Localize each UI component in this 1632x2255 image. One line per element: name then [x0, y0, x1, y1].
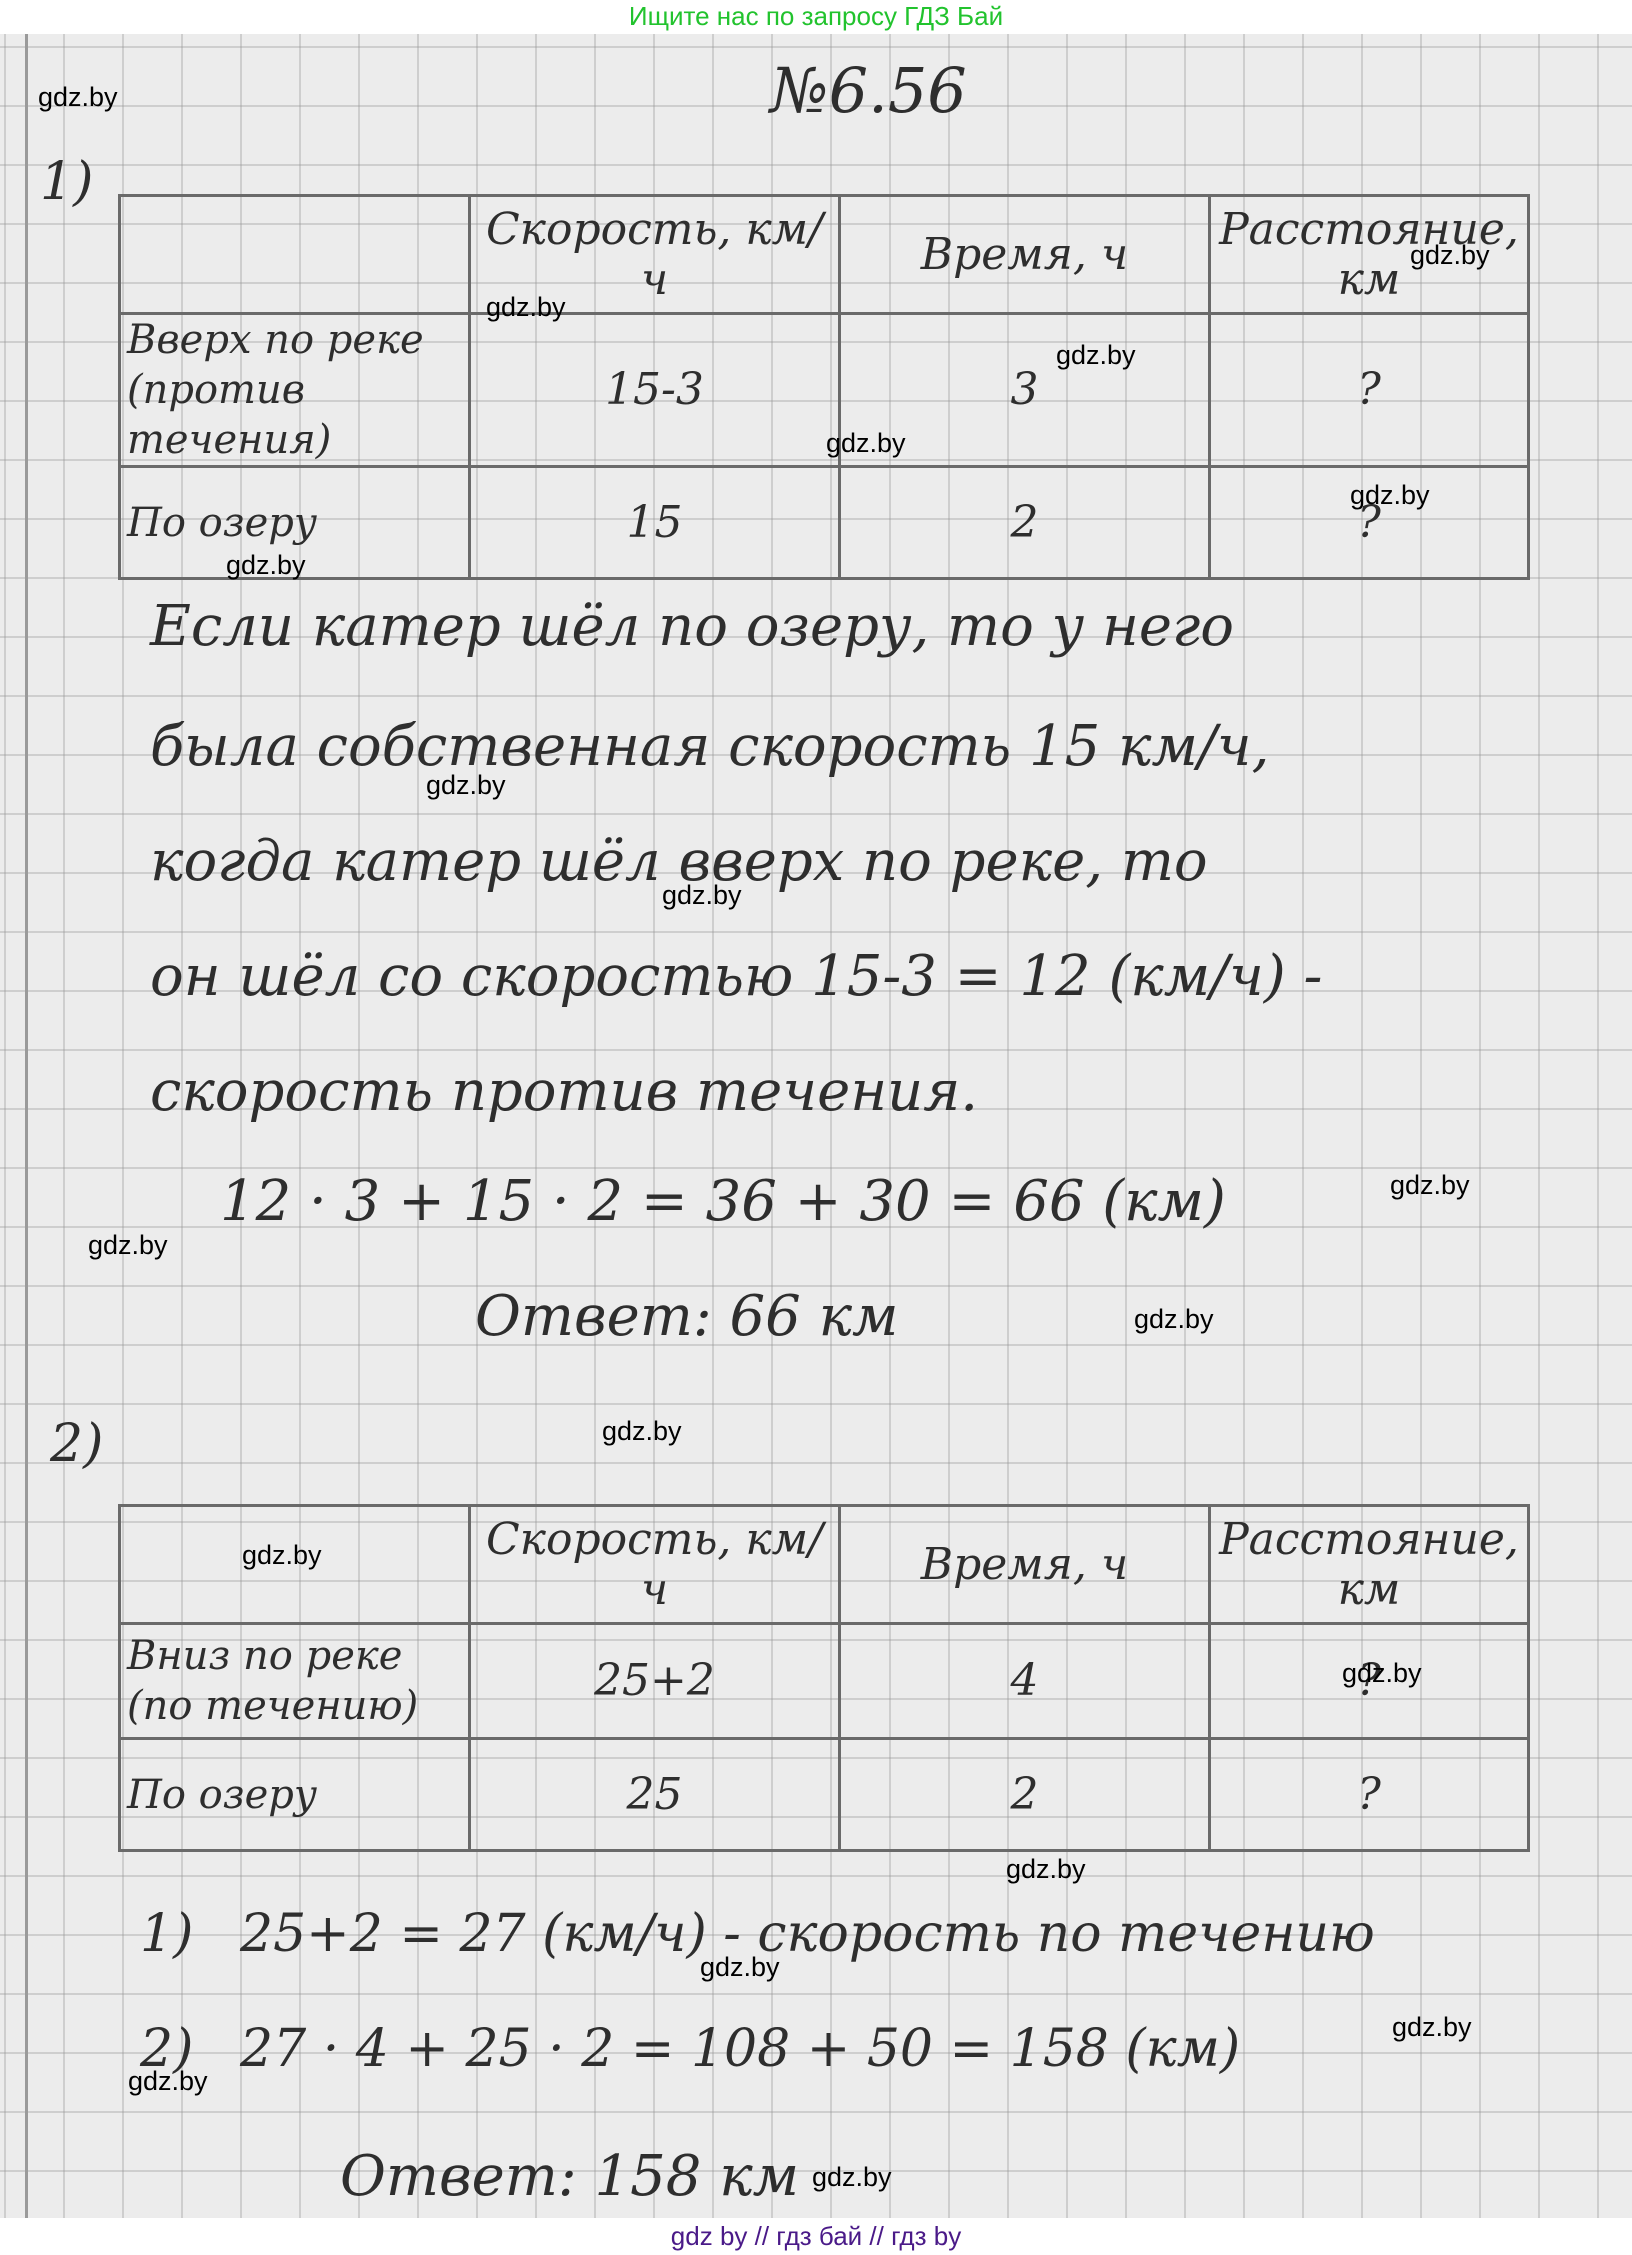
step-text: 25+2 = 27 (км/ч) - скорость по течению	[240, 1904, 1375, 1964]
watermark: gdz.by	[486, 292, 566, 323]
distance-cell: ?	[1210, 314, 1529, 467]
row-label: Вверх по реке (против течения)	[120, 314, 470, 467]
table-header-cell: Время, ч	[840, 196, 1210, 314]
calculation: 12 · 3 + 15 · 2 = 36 + 30 = 66 (км)	[220, 1169, 1226, 1234]
table-header-cell: Скорость, км/ч	[470, 1506, 840, 1624]
watermark: gdz.by	[426, 770, 506, 801]
watermark: gdz.by	[1390, 1170, 1470, 1201]
answer: Ответ: 66 км	[475, 1284, 898, 1349]
problem-number: №6.56	[770, 54, 967, 127]
watermark: gdz.by	[1342, 1658, 1422, 1689]
text-line: скорость против течения.	[150, 1059, 978, 1124]
row-label: По озеру	[120, 1739, 470, 1851]
watermark: gdz.by	[1350, 480, 1430, 511]
watermark: gdz.by	[1410, 240, 1490, 271]
step-text: 27 · 4 + 25 · 2 = 108 + 50 = 158 (км)	[240, 2019, 1240, 2079]
watermark: gdz.by	[38, 82, 118, 113]
notebook-page: №6.56 1) Скорость, км/ч Время, ч Расстоя…	[0, 34, 1632, 2218]
watermark: gdz.by	[242, 1540, 322, 1571]
watermark: gdz.by	[128, 2066, 208, 2097]
speed-cell: 25+2	[470, 1624, 840, 1739]
watermark: gdz.by	[88, 1230, 168, 1261]
table-header-cell: Расстояние, км	[1210, 1506, 1529, 1624]
table-header-cell: Время, ч	[840, 1506, 1210, 1624]
margin-line	[25, 34, 28, 2218]
step-number: 1)	[140, 1904, 193, 1964]
row-label: Вниз по реке (по течению)	[120, 1624, 470, 1739]
watermark: gdz.by	[226, 550, 306, 581]
speed-cell: 15	[470, 467, 840, 579]
time-cell: 2	[840, 467, 1210, 579]
watermark: gdz.by	[1006, 1854, 1086, 1885]
speed-cell: 25	[470, 1739, 840, 1851]
watermark: gdz.by	[826, 428, 906, 459]
distance-cell: ?	[1210, 1739, 1529, 1851]
watermark: gdz.by	[1056, 340, 1136, 371]
watermark: gdz.by	[662, 880, 742, 911]
time-cell: 2	[840, 1739, 1210, 1851]
speed-cell: 15-3	[470, 314, 840, 467]
watermark: gdz.by	[602, 1416, 682, 1447]
table-row: По озеру 15 2 ?	[120, 467, 1529, 579]
text-line: он шёл со скоростью 15-3 = 12 (км/ч) -	[150, 944, 1322, 1009]
text-line: была собственная скорость 15 км/ч,	[150, 714, 1269, 779]
table-header-cell	[120, 196, 470, 314]
table-row: Вниз по реке (по течению) 25+2 4 ?	[120, 1624, 1529, 1739]
part-1-label: 1)	[40, 152, 93, 212]
search-banner: Ищите нас по запросу ГДЗ Бай	[0, 0, 1632, 34]
part-2-table: Скорость, км/ч Время, ч Расстояние, км В…	[118, 1504, 1530, 1852]
part-1-table: Скорость, км/ч Время, ч Расстояние, км В…	[118, 194, 1530, 580]
watermark: gdz.by	[812, 2162, 892, 2193]
table-row: Вверх по реке (против течения) 15-3 3 ?	[120, 314, 1529, 467]
table-header-row: Скорость, км/ч Время, ч Расстояние, км	[120, 196, 1529, 314]
part-2-label: 2)	[50, 1414, 103, 1474]
watermark: gdz.by	[1392, 2012, 1472, 2043]
answer: Ответ: 158 км	[340, 2144, 799, 2209]
text-line: Если катер шёл по озеру, то у него	[150, 594, 1234, 659]
table-header-row: Скорость, км/ч Время, ч Расстояние, км	[120, 1506, 1529, 1624]
time-cell: 4	[840, 1624, 1210, 1739]
watermark: gdz.by	[1134, 1304, 1214, 1335]
table-row: По озеру 25 2 ?	[120, 1739, 1529, 1851]
footer-banner: gdz by // гдз бай // гдз by	[0, 2218, 1632, 2255]
watermark: gdz.by	[700, 1952, 780, 1983]
